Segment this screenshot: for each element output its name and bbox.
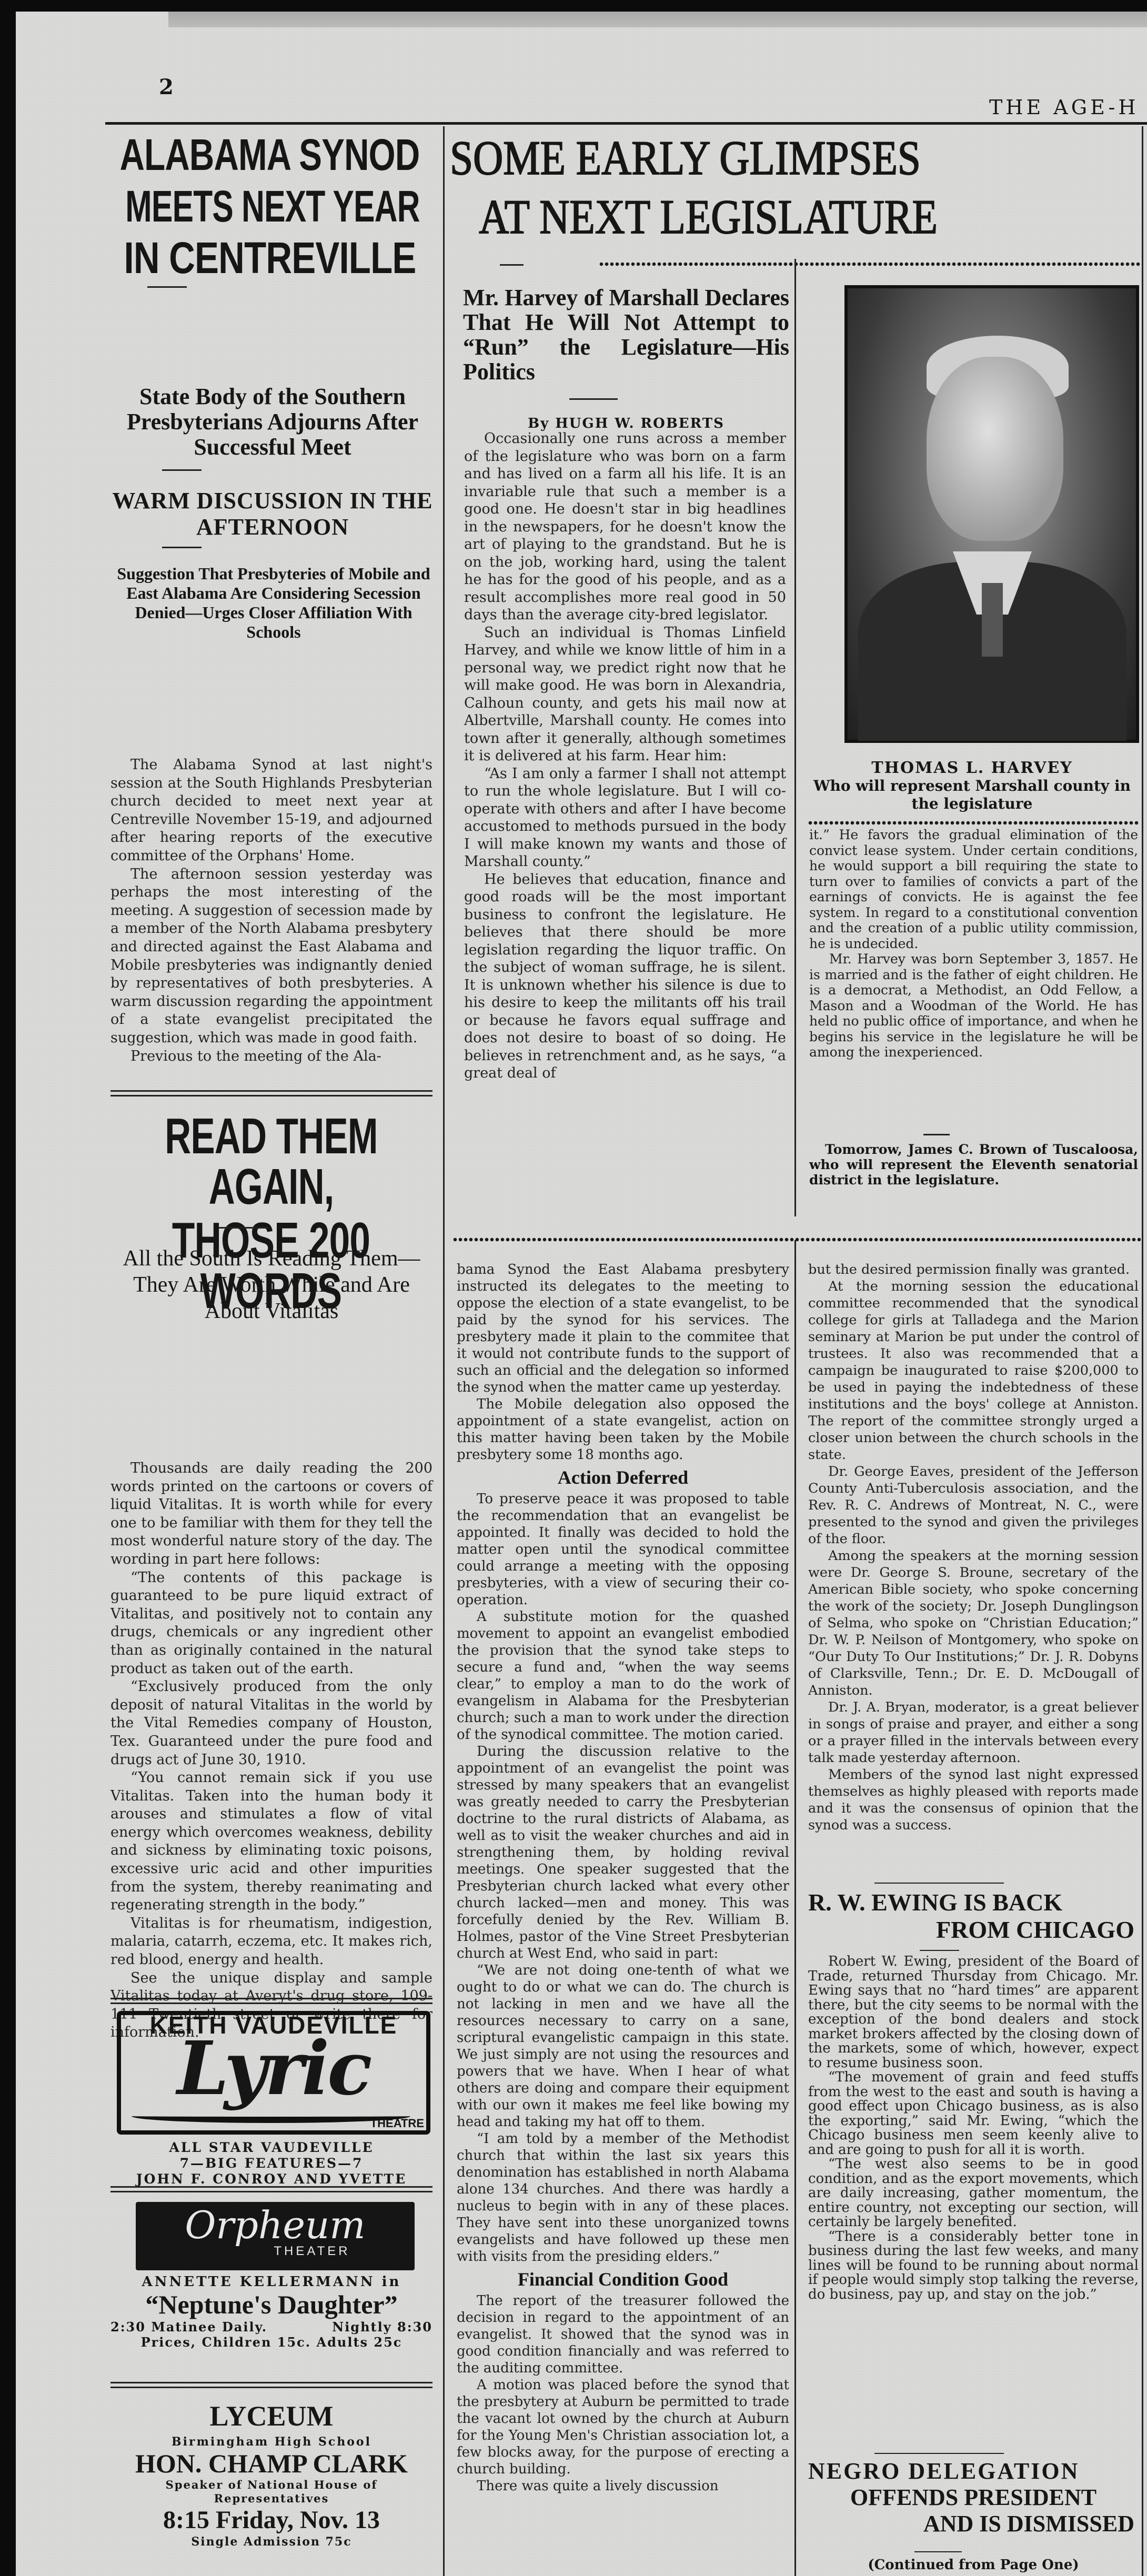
paragraph: Occasionally one runs across a member of…: [464, 430, 786, 624]
paragraph: “Exclusively produced from the only depo…: [110, 1678, 432, 1769]
paragraph: “I am told by a member of the Methodist …: [457, 2130, 789, 2265]
ad-star: ANNETTE KELLERMANN in: [110, 2274, 432, 2290]
paragraph: “As I am only a farmer I shall not attem…: [464, 765, 786, 871]
lyric-logo: Lyric: [121, 2037, 426, 2100]
synod-body-col1: The Alabama Synod at last night's sessio…: [110, 756, 432, 1065]
ewing-body: Robert W. Ewing, president of the Board …: [808, 1955, 1139, 2302]
dotted-rule: [808, 821, 1139, 825]
tomorrow-note: Tomorrow, James C. Brown of Tuscaloosa, …: [809, 1142, 1138, 1188]
lyric-ad-lines: ALL STAR VAUDEVILLE 7—BIG FEATURES—7 JOH…: [110, 2140, 432, 2187]
ad-line: 7—BIG FEATURES—7: [110, 2156, 432, 2171]
lyceum-title: LYCEUM: [110, 2400, 432, 2432]
paragraph: “There is a considerably better tone in …: [808, 2230, 1139, 2302]
divider: [500, 264, 524, 266]
lyceum-admission: Single Admission 75c: [110, 2535, 432, 2549]
page-number: 2: [159, 75, 174, 99]
orpheum-theater-ad: Orpheum THEATER: [136, 2202, 415, 2270]
paragraph: “The west also seems to be in good condi…: [808, 2157, 1139, 2230]
paragraph: “The contents of this package is guarant…: [110, 1569, 432, 1678]
paragraph: He believes that education, finance and …: [464, 871, 786, 1082]
lyceum-speaker: HON. CHAMP CLARK: [110, 2449, 432, 2478]
caption-name: THOMAS L. HARVEY: [808, 759, 1136, 777]
synod-deck-1: State Body of the Southern Presbyterians…: [109, 384, 436, 460]
headline-line: SOME EARLY GLIMPSES: [447, 132, 1044, 184]
paragraph: During the discussion relative to the ap…: [457, 1743, 789, 1962]
subhead-action-deferred: Action Deferred: [457, 1466, 789, 1488]
headline-line: R. W. EWING IS BACK: [808, 1889, 1139, 1916]
column-rule: [794, 1240, 796, 2576]
ornament-rule: [874, 2453, 1004, 2454]
newspaper-page: 2 THE AGE-H ALABAMA SYNOD MEETS NEXT YEA…: [16, 12, 1147, 2576]
section-rule: [110, 1998, 432, 2004]
ad-line: JOHN F. CONROY AND YVETTE: [110, 2171, 432, 2187]
lyric-theatre-ad: KEITH VAUDEVILLE Lyric THEATRE: [117, 2011, 430, 2135]
paragraph: “The movement of grain and feed stuffs f…: [808, 2070, 1139, 2157]
caption-text: Who will represent Marshall county in th…: [808, 777, 1136, 813]
headline-line: NEGRO DELEGATION: [808, 2458, 1139, 2484]
byline: By HUGH W. ROBERTS: [463, 416, 789, 431]
divider: [923, 1134, 950, 1135]
paper-name: THE AGE-H: [989, 96, 1139, 119]
headline-line: IN CENTREVILLE: [99, 236, 440, 280]
lyceum-role: Speaker of National House of Representat…: [110, 2478, 432, 2505]
paragraph: Dr. George Eaves, president of the Jeffe…: [808, 1463, 1139, 1547]
paragraph: At the morning session the educational c…: [808, 1278, 1139, 1463]
orpheum-ad-text: ANNETTE KELLERMANN in “Neptune's Daughte…: [110, 2274, 432, 2350]
lyceum-venue: Birmingham High School: [110, 2435, 432, 2449]
film-title: “Neptune's Daughter”: [110, 2290, 432, 2319]
paragraph: Such an individual is Thomas Linfield Ha…: [464, 624, 786, 765]
vitalitas-deck: All the South Is Reading Them—They Are W…: [110, 1245, 432, 1324]
headline-line: AND IS DISMISSED: [808, 2511, 1139, 2537]
headline-line: FROM CHICAGO: [808, 1916, 1139, 1944]
continued-note: (Continued from Page One): [808, 2557, 1139, 2573]
divider: [920, 1950, 959, 1951]
logo-swash: [132, 2109, 410, 2123]
paragraph: The Alabama Synod at last night's sessio…: [110, 756, 432, 866]
paragraph: it.” He favors the gradual elimination o…: [809, 827, 1138, 951]
paragraph: Previous to the meeting of the Ala-: [110, 1048, 432, 1066]
subhead-financial: Financial Condition Good: [457, 2268, 789, 2290]
ticket-prices: Prices, Children 15c. Adults 25c: [110, 2334, 432, 2350]
ad-line: ALL STAR VAUDEVILLE: [110, 2140, 432, 2156]
masthead-rule: [105, 122, 1147, 125]
portrait-tie: [982, 583, 1003, 657]
divider: [569, 398, 618, 400]
paragraph: Among the speakers at the morning sessio…: [808, 1547, 1139, 1699]
paragraph: There was quite a lively discussion: [457, 2478, 789, 2494]
vitalitas-body: Thousands are daily reading the 200 word…: [110, 1460, 432, 2042]
column-rule: [443, 126, 445, 2576]
divider: [218, 1227, 268, 1229]
headline-line: OFFENDS PRESIDENT: [808, 2484, 1139, 2511]
paragraph: but the desired permission finally was g…: [808, 1261, 1139, 1278]
paragraph: Thousands are daily reading the 200 word…: [110, 1460, 432, 1569]
photo-caption: THOMAS L. HARVEY Who will represent Mars…: [808, 759, 1136, 813]
divider: [162, 547, 202, 548]
headline-line: MEETS NEXT YEAR: [102, 184, 443, 228]
ewing-headline: R. W. EWING IS BACK FROM CHICAGO: [808, 1889, 1139, 1944]
paragraph: Mr. Harvey was born September 3, 1857. H…: [809, 951, 1138, 1060]
synod-body-col3: but the desired permission finally was g…: [808, 1261, 1139, 1834]
matinee-time: 2:30 Matinee Daily.: [110, 2319, 267, 2334]
paragraph: Members of the synod last night expresse…: [808, 1766, 1139, 1834]
headline-line: READ THEM AGAIN,: [108, 1111, 435, 1212]
synod-deck-3: Suggestion That Presbyteries of Mobile a…: [110, 564, 437, 642]
legislature-deck: Mr. Harvey of Marshall Declares That He …: [463, 285, 789, 384]
paragraph: The Mobile delegation also opposed the a…: [457, 1396, 789, 1463]
paragraph: “You cannot remain sick if you use Vital…: [110, 1769, 432, 1915]
lyceum-when: 8:15 Friday, Nov. 13: [110, 2505, 432, 2535]
paragraph: bama Synod the East Alabama presbytery i…: [457, 1261, 789, 1396]
section-rule: [110, 2382, 432, 2388]
section-rule: [110, 1090, 432, 1096]
column-rule: [794, 259, 796, 1216]
paragraph: To preserve peace it was proposed to tab…: [457, 1491, 789, 1608]
paragraph: A substitute motion for the quashed move…: [457, 1608, 789, 1743]
dotted-rule: [452, 1237, 1142, 1242]
lyceum-ad: LYCEUM Birmingham High School HON. CHAMP…: [110, 2400, 432, 2549]
negro-delegation-headline: NEGRO DELEGATION OFFENDS PRESIDENT AND I…: [808, 2458, 1139, 2537]
synod-headline: ALABAMA SYNOD MEETS NEXT YEAR IN CENTREV…: [99, 133, 441, 280]
paragraph: The afternoon session yesterday was perh…: [110, 866, 432, 1048]
headline-line: AT NEXT LEGISLATURE: [447, 190, 1044, 243]
column-rule: [1142, 126, 1143, 2576]
nightly-time: Nightly 8:30: [332, 2319, 432, 2334]
legislature-body-left: Occasionally one runs across a member of…: [464, 430, 786, 1082]
ornament-rule: [874, 1883, 1004, 1884]
paragraph: Dr. J. A. Bryan, moderator, is a great b…: [808, 1699, 1139, 1766]
legislature-headline: SOME EARLY GLIMPSES AT NEXT LEGISLATURE: [447, 132, 1142, 243]
divider: [147, 286, 187, 288]
section-rule: [110, 2186, 432, 2192]
paragraph: Vitalitas is for rheumatism, indigestion…: [110, 1915, 432, 1969]
paragraph: The report of the treasurer followed the…: [457, 2292, 789, 2377]
paragraph: “We are not doing one-tenth of what we o…: [457, 1962, 789, 2130]
divider: [914, 2551, 962, 2552]
orpheum-logo: Orpheum: [136, 2202, 415, 2248]
portrait-face: [927, 357, 1063, 541]
synod-deck-2: WARM DISCUSSION IN THE AFTERNOON: [109, 488, 436, 540]
divider: [162, 469, 202, 471]
headline-line: ALABAMA SYNOD: [99, 133, 441, 177]
portrait-photo: [844, 285, 1139, 743]
legislature-body-right: it.” He favors the gradual elimination o…: [809, 827, 1138, 1060]
synod-body-col2: bama Synod the East Alabama presbytery i…: [457, 1261, 789, 2494]
scan-edge-shadow: [168, 12, 1147, 27]
paragraph: Robert W. Ewing, president of the Board …: [808, 1955, 1139, 2070]
paragraph: A motion was placed before the synod tha…: [457, 2377, 789, 2478]
dotted-rule: [599, 262, 1142, 266]
